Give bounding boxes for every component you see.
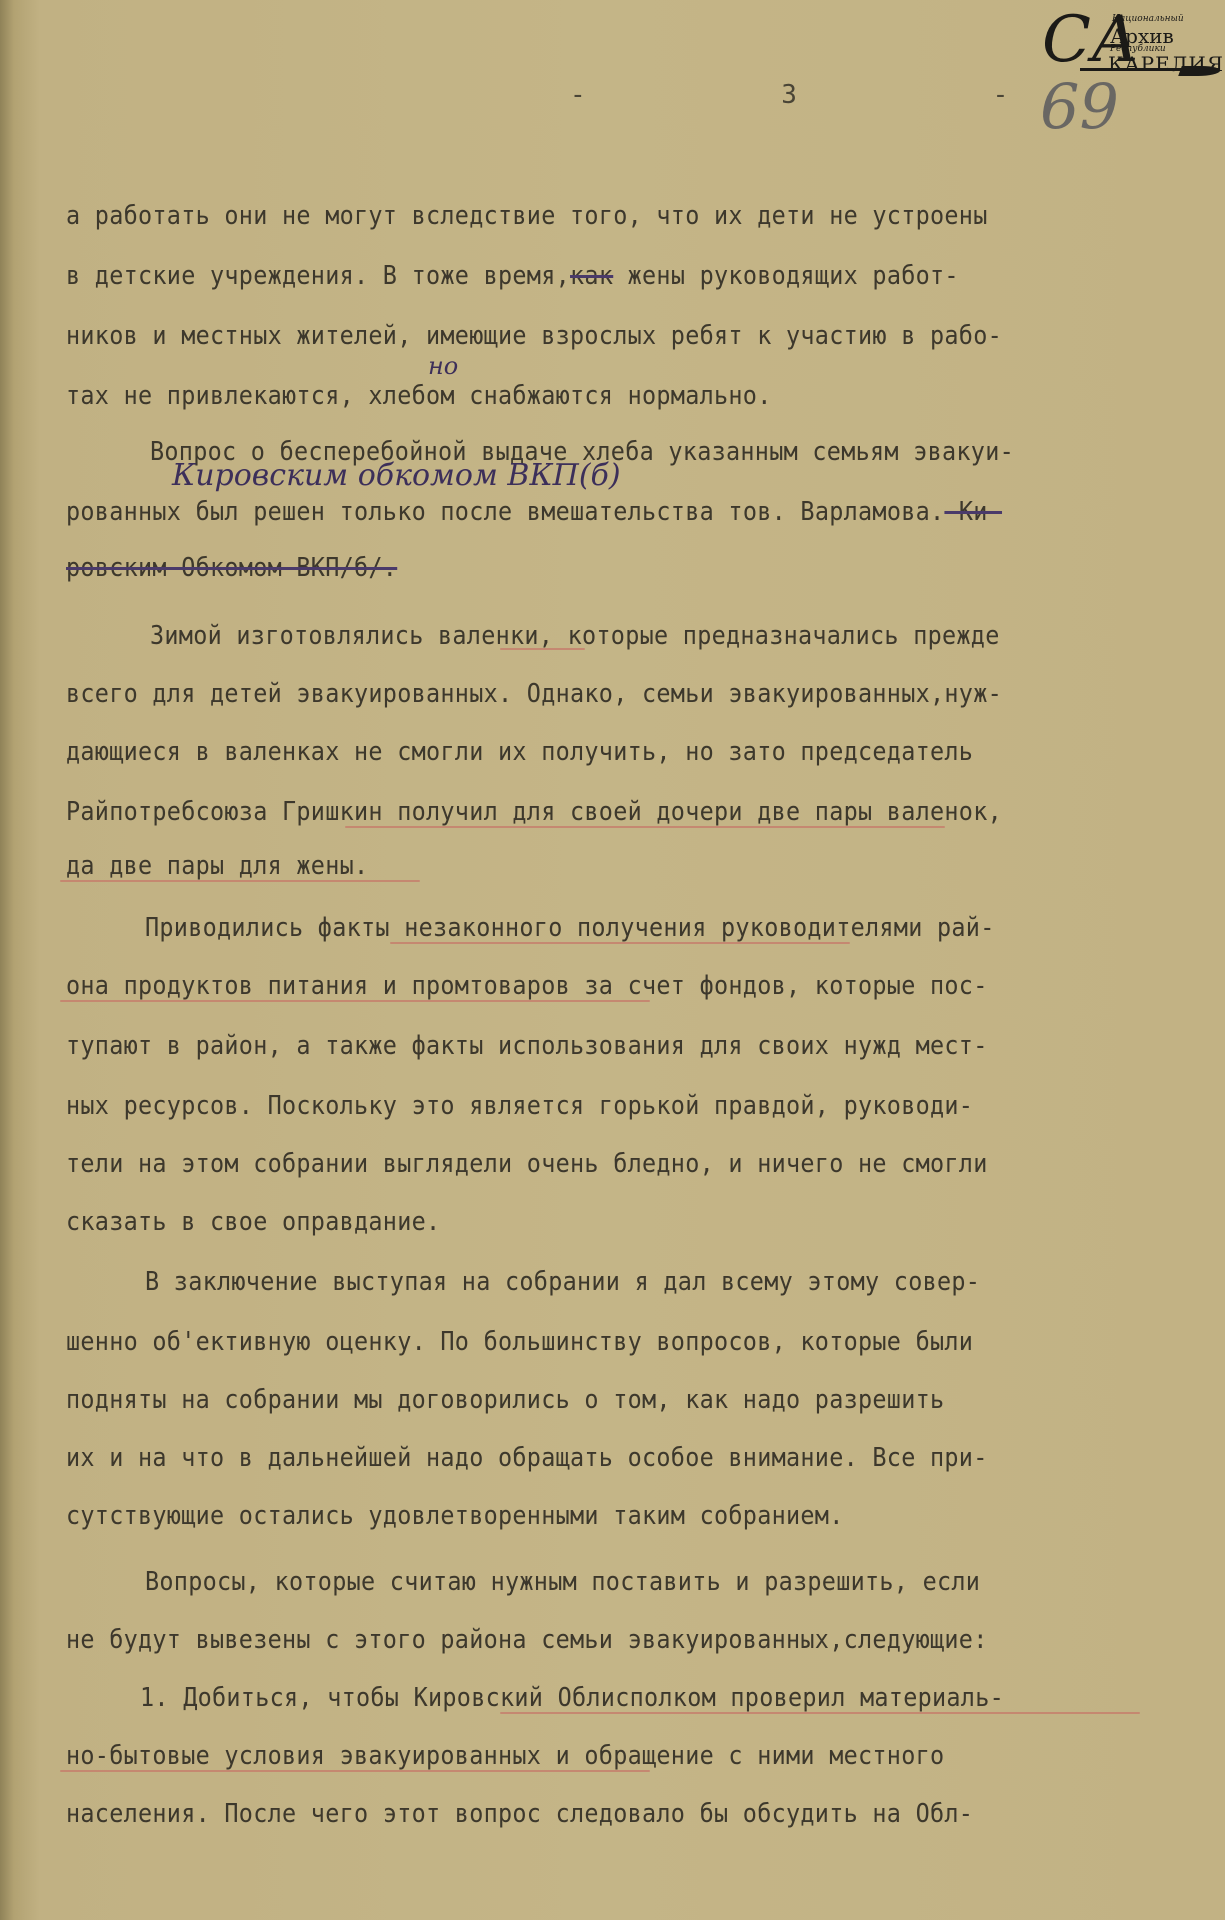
struck-text: как — [570, 261, 613, 291]
text-segment: рованных был решен — [66, 497, 325, 527]
text-line: тах не привлекаются, хлебом снабжаются н… — [66, 384, 772, 410]
pencil-underline — [345, 826, 945, 828]
text-line: тупают в район, а также факты использова… — [66, 1034, 988, 1060]
text-segment: только после вмешательства тов. Варламов… — [325, 497, 944, 527]
text-line: дающиеся в валенках не смогли их получит… — [66, 740, 973, 766]
text-line: шенно об'ективную оценку. По большинству… — [66, 1330, 973, 1356]
struck-text-line: ровским Обкомом ВКП/б/. — [66, 556, 397, 582]
text-segment: в детские учреждения. В тоже время, — [66, 261, 570, 291]
pencil-underline — [60, 880, 420, 882]
pencil-underline — [60, 1000, 650, 1002]
archive-logo-line1: Национальный — [1112, 14, 1184, 24]
pencil-underline — [390, 942, 850, 944]
text-line: В заключение выступая на собрании я дал … — [145, 1270, 980, 1296]
pencil-underline — [60, 1770, 650, 1772]
text-line: рованных был решен только после вмешател… — [66, 500, 1002, 526]
pencil-underline — [500, 1712, 1140, 1714]
text-line: тели на этом собрании выглядели очень бл… — [66, 1152, 988, 1178]
page-number: - 3 - — [570, 80, 1098, 110]
text-line: но-бытовые условия эвакуированных и обра… — [66, 1744, 944, 1770]
text-line: ников и местных жителей, имеющие взрослы… — [66, 324, 1002, 350]
handwritten-insert: Кировским обкомом ВКП(б) — [172, 458, 621, 493]
text-line: Приводились факты незаконного получения … — [145, 916, 995, 942]
text-line: их и на что в дальнейшей надо обращать о… — [66, 1446, 988, 1472]
handwritten-insert: но — [428, 352, 458, 380]
text-line: сутствующие остались удовлетворенными та… — [66, 1504, 844, 1530]
text-line: она продуктов питания и промтоваров за с… — [66, 974, 988, 1000]
text-line: в детские учреждения. В тоже время,как ж… — [66, 264, 959, 290]
text-line: всего для детей эвакуированных. Однако, … — [66, 682, 1002, 708]
text-line: населения. После чего этот вопрос следов… — [66, 1802, 973, 1828]
text-line: не будут вывезены с этого района семьи э… — [66, 1628, 988, 1654]
text-line: Зимой изготовлялись валенки, которые пре… — [150, 624, 1000, 650]
struck-text: Ки- — [944, 497, 1002, 527]
text-line: Вопросы, которые считаю нужным поставить… — [145, 1570, 980, 1596]
text-line: ных ресурсов. Поскольку это является гор… — [66, 1094, 973, 1120]
pencil-underline — [500, 648, 585, 650]
text-segment: жены руководящих работ- — [613, 261, 959, 291]
text-line: подняты на собрании мы договорились о то… — [66, 1388, 944, 1414]
text-segment: тах не привлекаются, — [66, 381, 354, 411]
text-segment: хлебом снабжаются нормально. — [354, 381, 772, 411]
text-line: да две пары для жены. — [66, 854, 368, 880]
text-line: сказать в свое оправдание. — [66, 1210, 440, 1236]
text-line: 1. Добиться, чтобы Кировский Облисполком… — [140, 1686, 1004, 1712]
folio-number: 69 — [1040, 70, 1119, 143]
text-line: а работать они не могут вследствие того,… — [66, 204, 988, 230]
text-line: Райпотребсоюза Гришкин получил для своей… — [66, 800, 1002, 826]
